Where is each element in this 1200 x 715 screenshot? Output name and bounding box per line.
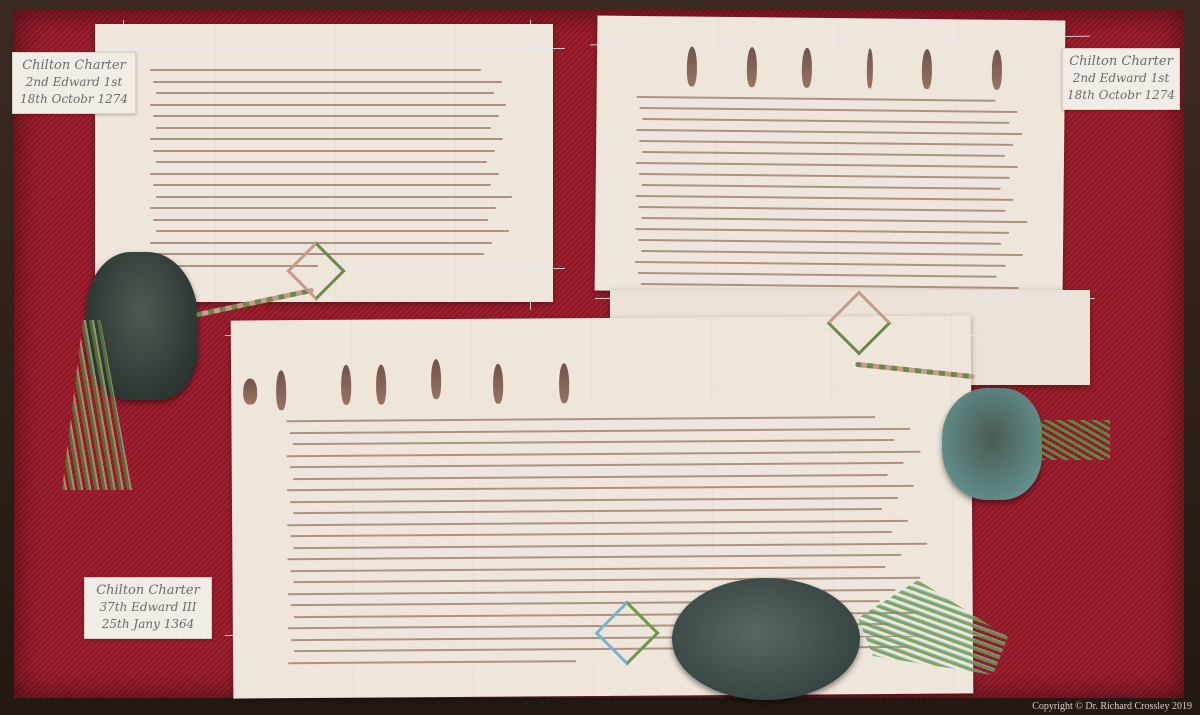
script-line: [641, 283, 1019, 289]
wax-seal-bottom: [672, 578, 860, 700]
script-line: [290, 462, 904, 468]
script-line: [153, 219, 488, 221]
mounting-thread: [530, 20, 531, 310]
script-line: [635, 228, 1009, 234]
label-reign: 2nd Edward 1st: [13, 75, 135, 89]
label-top-right: Chilton Charter 2nd Edward 1st 18th Octo…: [1062, 48, 1180, 110]
seal-tassel-right: [1040, 420, 1110, 460]
charter-top-right: [595, 16, 1066, 296]
script-line: [635, 261, 1006, 267]
script-line: [642, 118, 1009, 124]
script-line: [150, 138, 503, 140]
script-line: [153, 115, 499, 117]
script-line: [293, 508, 882, 514]
script-line: [290, 496, 898, 502]
script-line: [642, 184, 1001, 190]
mounting-thread: [95, 48, 565, 49]
label-reign: 2nd Edward 1st: [1063, 71, 1179, 85]
script-line: [290, 531, 892, 537]
mounting-thread: [595, 298, 1095, 299]
script-line: [641, 217, 1027, 223]
script-line: [156, 196, 512, 198]
script-line: [153, 184, 491, 186]
script-line: [287, 450, 921, 456]
script-line: [636, 162, 1018, 168]
script-line: [156, 127, 491, 129]
script-line: [150, 69, 481, 71]
script-line: [638, 272, 997, 278]
script-line: [638, 206, 1005, 212]
script-line: [293, 439, 895, 445]
script-line: [150, 242, 492, 244]
script-line: [153, 81, 502, 83]
script-line: [153, 150, 495, 152]
script-line: [156, 230, 509, 232]
label-title: Chilton Charter: [13, 58, 135, 73]
label-reign: 37th Edward III: [85, 600, 211, 614]
script-line: [638, 239, 1001, 245]
script-line: [293, 474, 888, 480]
script-line: [290, 566, 885, 572]
copyright-notice: Copyright © Dr. Richard Crossley 2019: [1032, 701, 1192, 712]
label-title: Chilton Charter: [1063, 54, 1179, 69]
wax-seal-right: [942, 388, 1042, 500]
script-line: [293, 542, 927, 548]
script-line: [636, 195, 1014, 201]
label-date: 25th Jany 1364: [85, 617, 211, 631]
script-line: [637, 96, 996, 102]
script-line: [289, 427, 910, 433]
script-line: [639, 107, 1017, 113]
script-line: [294, 577, 921, 583]
script-line: [636, 129, 1022, 135]
label-date: 18th Octobr 1274: [13, 92, 135, 106]
picture-frame: Chilton Charter 2nd Edward 1st 18th Octo…: [0, 0, 1200, 715]
script-line: [287, 519, 908, 525]
label-bottom-left: Chilton Charter 37th Edward III 25th Jan…: [84, 577, 212, 639]
script-line: [156, 161, 487, 163]
script-line: [156, 92, 494, 94]
script-line: [287, 485, 914, 491]
script-line: [150, 173, 499, 175]
script-line: [288, 660, 576, 664]
script-line: [639, 173, 1010, 179]
script-line: [286, 416, 875, 422]
script-line: [150, 207, 496, 209]
label-top-left: Chilton Charter 2nd Edward 1st 18th Octo…: [12, 52, 136, 114]
label-title: Chilton Charter: [85, 583, 211, 598]
script-line: [641, 250, 1023, 256]
label-date: 18th Octobr 1274: [1063, 88, 1179, 102]
script-line: [150, 104, 506, 106]
script-line: [642, 151, 1005, 157]
script-line: [639, 140, 1013, 146]
script-line: [287, 554, 901, 560]
